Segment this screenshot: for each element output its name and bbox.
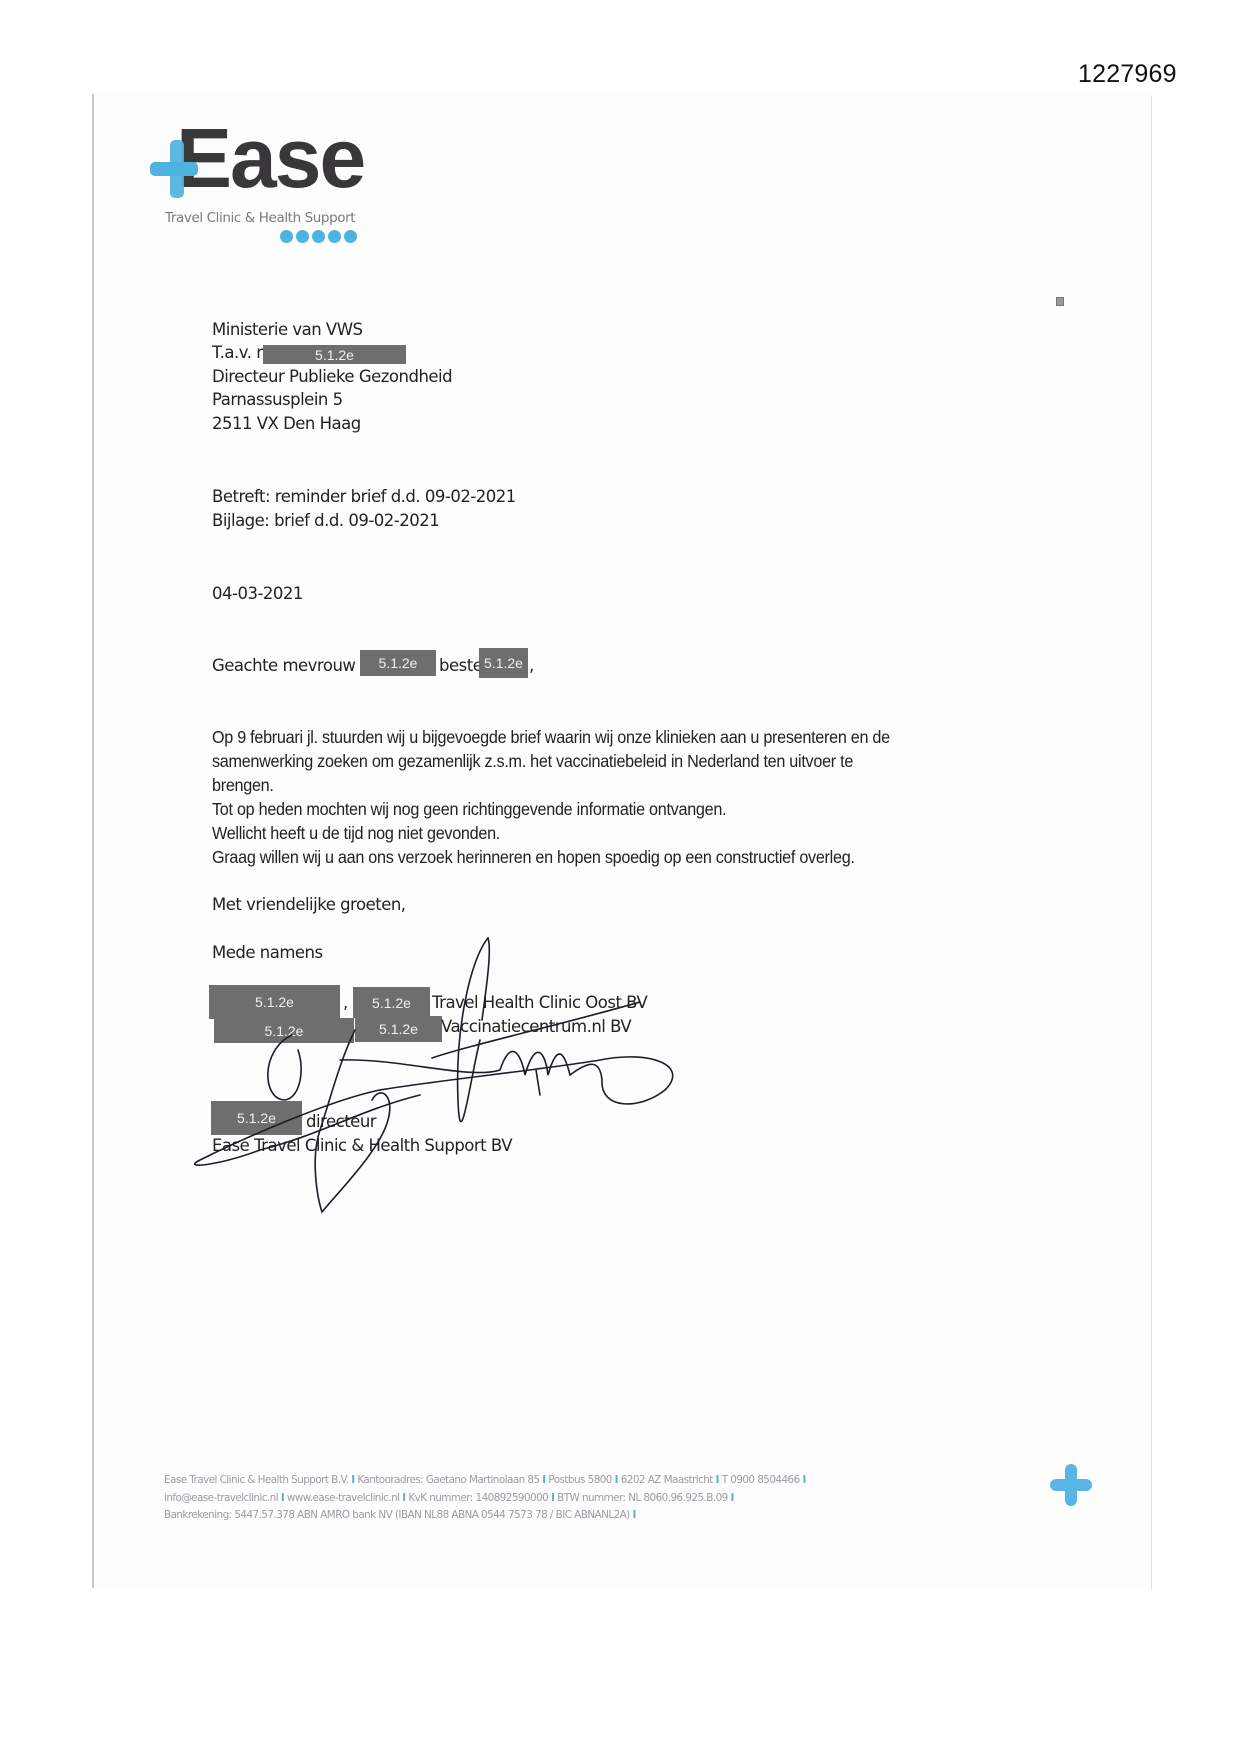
redaction-box: 5.1.2e bbox=[209, 985, 340, 1019]
letterhead-footer: Ease Travel Clinic & Health Support B.V.… bbox=[164, 1472, 806, 1525]
footer-separator: I bbox=[615, 1474, 618, 1486]
redaction-box: 5.1.2e bbox=[214, 1018, 354, 1043]
footer-kvk: KvK nummer: 140892590000 bbox=[408, 1492, 548, 1504]
cosigner-company: Travel Health Clinic Oost BV bbox=[432, 995, 647, 1012]
footer-separator: I bbox=[716, 1474, 719, 1486]
logo-dot bbox=[280, 230, 293, 243]
footer-postal-city: 6202 AZ Maastricht bbox=[621, 1474, 713, 1486]
attachment-line: Bijlage: brief d.d. 09-02-2021 bbox=[212, 513, 439, 530]
cosigner-company: Vaccinatiecentrum.nl BV bbox=[441, 1019, 631, 1036]
logo-dot bbox=[296, 230, 309, 243]
redaction-box: 5.1.2e bbox=[353, 987, 430, 1018]
footer-phone: T 0900 8504466 bbox=[722, 1474, 800, 1486]
footer-bank: Bankrekening: 5447.57.378 ABN AMRO bank … bbox=[164, 1509, 630, 1521]
footer-separator: I bbox=[281, 1492, 284, 1504]
footer-separator: I bbox=[402, 1492, 405, 1504]
logo-dot bbox=[328, 230, 341, 243]
footer-line-2: info@ease-travelclinic.nl I www.ease-tra… bbox=[164, 1490, 806, 1508]
redaction-box: 5.1.2e bbox=[355, 1016, 442, 1042]
redaction-box: 5.1.2e bbox=[360, 650, 436, 676]
body-line: Op 9 februari jl. stuurden wij u bijgevo… bbox=[212, 729, 890, 746]
redaction-box: 5.1.2e bbox=[263, 345, 406, 364]
recipient-title: Directeur Publieke Gezondheid bbox=[212, 369, 452, 386]
logo-dot bbox=[312, 230, 325, 243]
body-line: Graag willen wij u aan ons verzoek herin… bbox=[212, 849, 855, 866]
footer-separator: I bbox=[351, 1474, 354, 1486]
logo-dot bbox=[344, 230, 357, 243]
footer-separator: I bbox=[542, 1474, 545, 1486]
footer-separator: I bbox=[802, 1474, 805, 1486]
salutation-prefix: Geachte mevrouw bbox=[212, 658, 355, 675]
redaction-box: 5.1.2e bbox=[479, 648, 528, 678]
subject-line: Betreft: reminder brief d.d. 09-02-2021 bbox=[212, 489, 516, 506]
footer-line-3: Bankrekening: 5447.57.378 ABN AMRO bank … bbox=[164, 1507, 806, 1525]
document-id: 1227969 bbox=[1078, 60, 1177, 89]
closing: Met vriendelijke groeten, bbox=[212, 897, 406, 914]
footer-separator: I bbox=[551, 1492, 554, 1504]
footer-email[interactable]: info@ease-travelclinic.nl bbox=[164, 1492, 278, 1504]
footer-postbus: Postbus 5800 bbox=[548, 1474, 611, 1486]
body-line: Wellicht heeft u de tijd nog niet gevond… bbox=[212, 825, 500, 842]
cosigner-separator: , bbox=[343, 995, 348, 1012]
footer-plus-icon bbox=[1065, 1464, 1077, 1506]
recipient-street: Parnassusplein 5 bbox=[212, 392, 343, 409]
recipient-organization: Ministerie van VWS bbox=[212, 322, 363, 339]
footer-line-1: Ease Travel Clinic & Health Support B.V.… bbox=[164, 1472, 806, 1490]
footer-separator: I bbox=[632, 1509, 635, 1521]
redaction-box: 5.1.2e bbox=[211, 1101, 302, 1135]
footer-office-address: Kantooradres: Gaetano Martinolaan 85 bbox=[357, 1474, 539, 1486]
recipient-attention-prefix: T.a.v. r bbox=[212, 345, 262, 362]
signatory-company: Ease Travel Clinic & Health Support BV bbox=[212, 1138, 512, 1155]
body-line: brengen. bbox=[212, 777, 274, 794]
body-line: Tot op heden mochten wij nog geen richti… bbox=[212, 801, 726, 818]
signatory-role: directeur bbox=[306, 1114, 376, 1131]
logo-plus-icon-vertical bbox=[170, 140, 184, 198]
footer-btw: BTW nummer: NL 8060.96.925.B.09 bbox=[557, 1492, 728, 1504]
logo-wordmark: Ease bbox=[176, 116, 364, 200]
ease-logo: Ease Travel Clinic & Health Support bbox=[150, 130, 370, 245]
recipient-city: 2511 VX Den Haag bbox=[212, 416, 361, 433]
logo-tagline: Travel Clinic & Health Support bbox=[165, 210, 355, 226]
salutation-middle: beste bbox=[439, 658, 482, 675]
footer-separator: I bbox=[731, 1492, 734, 1504]
footer-website[interactable]: www.ease-travelclinic.nl bbox=[287, 1492, 400, 1504]
body-line: samenwerking zoeken om gezamenlijk z.s.m… bbox=[212, 753, 853, 770]
letter-date: 04-03-2021 bbox=[212, 586, 303, 603]
scan-edge-right bbox=[1151, 96, 1152, 1590]
salutation-comma: , bbox=[529, 658, 534, 675]
footer-company: Ease Travel Clinic & Health Support B.V. bbox=[164, 1474, 348, 1486]
scan-artifact-mark bbox=[1056, 297, 1064, 306]
logo-dots bbox=[280, 230, 357, 243]
on-behalf-of: Mede namens bbox=[212, 945, 323, 962]
scan-edge-left bbox=[92, 94, 94, 1588]
